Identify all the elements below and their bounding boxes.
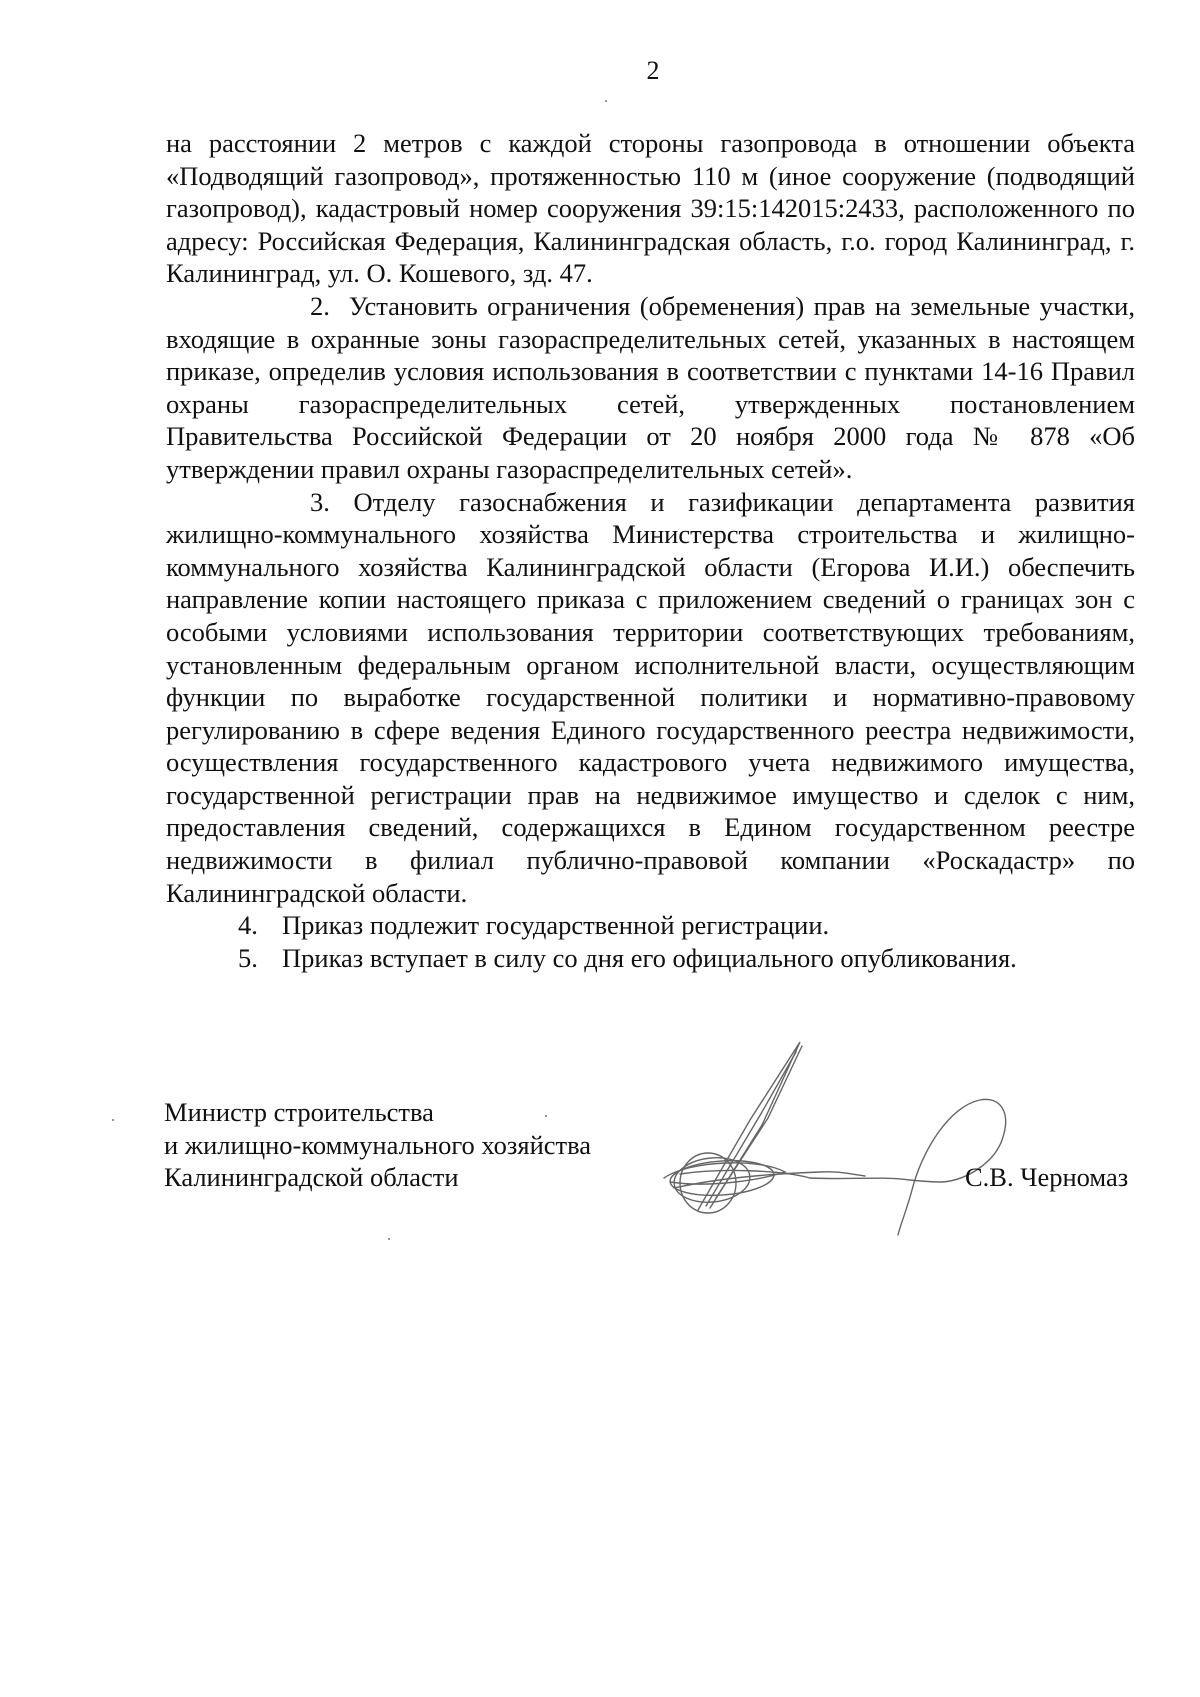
item-text: Отделу газоснабжения и газификации депар… [166,487,1135,908]
order-item-2: 2. Установить ограничения (обременения) … [166,290,1135,486]
signer-title-line-1: Министр строительства [164,1096,591,1129]
item-text: Приказ подлежит государственной регистра… [282,910,829,940]
scan-speck [545,1115,547,1117]
signer-title: Министр строительства и жилищно-коммунал… [164,1096,591,1194]
signer-name: С.В. Черномаз [965,1161,1128,1194]
item-text: Приказ вступает в силу со дня его официа… [282,943,1017,973]
paragraph-continuation: на расстоянии 2 метров с каждой стороны … [166,127,1135,290]
item-number: 4. [238,909,282,942]
signer-title-line-2: и жилищно-коммунального хозяйства [164,1129,591,1162]
item-number: 3. [238,486,330,519]
signer-title-line-3: Калининградской области [164,1161,591,1194]
item-number: 5. [238,942,282,975]
item-number: 2. [238,290,330,323]
page-number: 2 [0,56,1200,86]
scan-speck [112,1119,114,1121]
order-item-5: 5.Приказ вступает в силу со дня его офиц… [166,942,1135,975]
scan-speck [605,100,607,102]
document-body: на расстоянии 2 метров с каждой стороны … [166,127,1135,974]
signature-icon [650,1030,1030,1240]
order-item-3: 3. Отделу газоснабжения и газификации де… [166,486,1135,910]
order-item-4: 4.Приказ подлежит государственной регист… [166,909,1135,942]
scan-speck [388,1238,390,1240]
